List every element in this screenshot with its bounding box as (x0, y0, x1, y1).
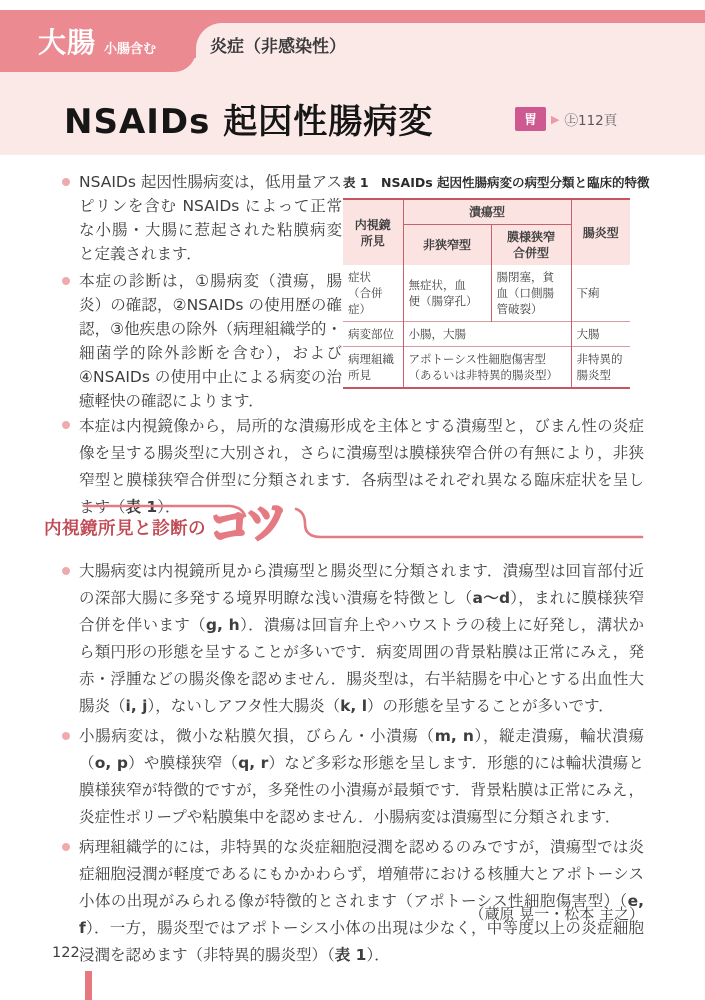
table1-histology-colitis: 非特異的 腸炎型 (571, 347, 630, 389)
table1-header-non-stenotic: 非狭窄型 (403, 225, 491, 266)
tips-section-header: 内視鏡所見と診断の コツ (44, 498, 650, 556)
table1-location-ulcer: 小腸，大腸 (403, 322, 571, 347)
table-row: 病理組織 所見 アポトーシス性細胞傷害型 （あるいは非特異的腸炎型） 非特異的 … (343, 347, 630, 389)
table1-header-endoscopic: 内視鏡 所見 (343, 199, 403, 265)
cross-ref-organ-badge: 胃 (515, 107, 546, 131)
tips-bullet-3: 病理組織学的には，非特異的な炎症細胞浸潤を認めるのみですが，潰瘍型では炎症細胞浸… (62, 834, 644, 969)
page-title: NSAIDs 起因性腸病変 (64, 94, 433, 143)
organ-badge: 大腸 小腸含む (0, 10, 196, 72)
header-band: 大腸 小腸含む 炎症（非感染性） NSAIDs 起因性腸病変 胃 ▶ ㊤112頁 (0, 10, 705, 155)
tips-bullet-2: 小腸病変は，微小な粘膜欠損，びらん・小潰瘍（m, n），縦走潰瘍，輪状潰瘍（o,… (62, 723, 644, 831)
tips-bullet-1: 大腸病変は内視鏡所見から潰瘍型と腸炎型に分類されます．潰瘍型は回盲部付近の深部大… (62, 558, 644, 720)
table1-location-colitis: 大腸 (571, 322, 630, 347)
page-number: 122 (52, 945, 80, 961)
table-row: 病変部位 小腸，大腸 大腸 (343, 322, 630, 347)
organ-badge-main: 大腸 (38, 21, 96, 61)
table1-caption: 表 1 NSAIDs 起因性腸病変の病型分類と臨床的特徴 (343, 173, 630, 191)
cross-ref: 胃 ▶ ㊤112頁 (515, 107, 617, 131)
table1-symptoms-colitis: 下痢 (571, 265, 630, 322)
arrow-right-icon: ▶ (551, 113, 559, 126)
table-row: 症状 （合併症） 無症状，血 便（腸穿孔） 腸閉塞，貧 血（口側腸 管破裂） 下… (343, 265, 630, 322)
table1-header-colitis: 腸炎型 (571, 199, 630, 265)
tips-section-label: 内視鏡所見と診断の (44, 515, 206, 540)
table1: 内視鏡 所見 潰瘍型 腸炎型 非狭窄型 膜様狭窄 合併型 症状 （合併症） 無症… (343, 198, 630, 389)
table1-header-membranous: 膜様狭窄 合併型 (491, 225, 571, 266)
table1-container: 表 1 NSAIDs 起因性腸病変の病型分類と臨床的特徴 内視鏡 所見 潰瘍型 … (343, 173, 630, 389)
category-label: 炎症（非感染性） (210, 32, 346, 57)
table1-symptoms-label: 症状 （合併症） (343, 265, 403, 322)
intro-column: NSAIDs 起因性腸病変は，低用量アスピリンを含む NSAIDs によって正常… (62, 170, 342, 416)
intro-bullet-2: 本症の診断は，①腸病変（潰瘍，腸炎）の確認，②NSAIDs の使用歴の確認，③他… (62, 269, 342, 413)
cross-ref-page: ㊤112頁 (564, 109, 617, 129)
table1-location-label: 病変部位 (343, 322, 403, 347)
table1-symptoms-non-stenotic: 無症状，血 便（腸穿孔） (403, 265, 491, 322)
footer-accent-bar (85, 971, 92, 1000)
table1-header-ulcer-group: 潰瘍型 (403, 199, 571, 225)
table1-histology-label: 病理組織 所見 (343, 347, 403, 389)
tips-section-accent: コツ (205, 488, 287, 556)
author-attribution: （蔵原 晃一・松本 主之） (62, 903, 644, 924)
table1-histology-ulcer: アポトーシス性細胞傷害型 （あるいは非特異的腸炎型） (403, 347, 571, 389)
table1-symptoms-membranous: 腸閉塞，貧 血（口側腸 管破裂） (491, 265, 571, 322)
book-page: 大腸 小腸含む 炎症（非感染性） NSAIDs 起因性腸病変 胃 ▶ ㊤112頁… (0, 0, 705, 1000)
intro-bullet-1: NSAIDs 起因性腸病変は，低用量アスピリンを含む NSAIDs によって正常… (62, 170, 342, 266)
organ-badge-sub: 小腸含む (104, 38, 156, 57)
